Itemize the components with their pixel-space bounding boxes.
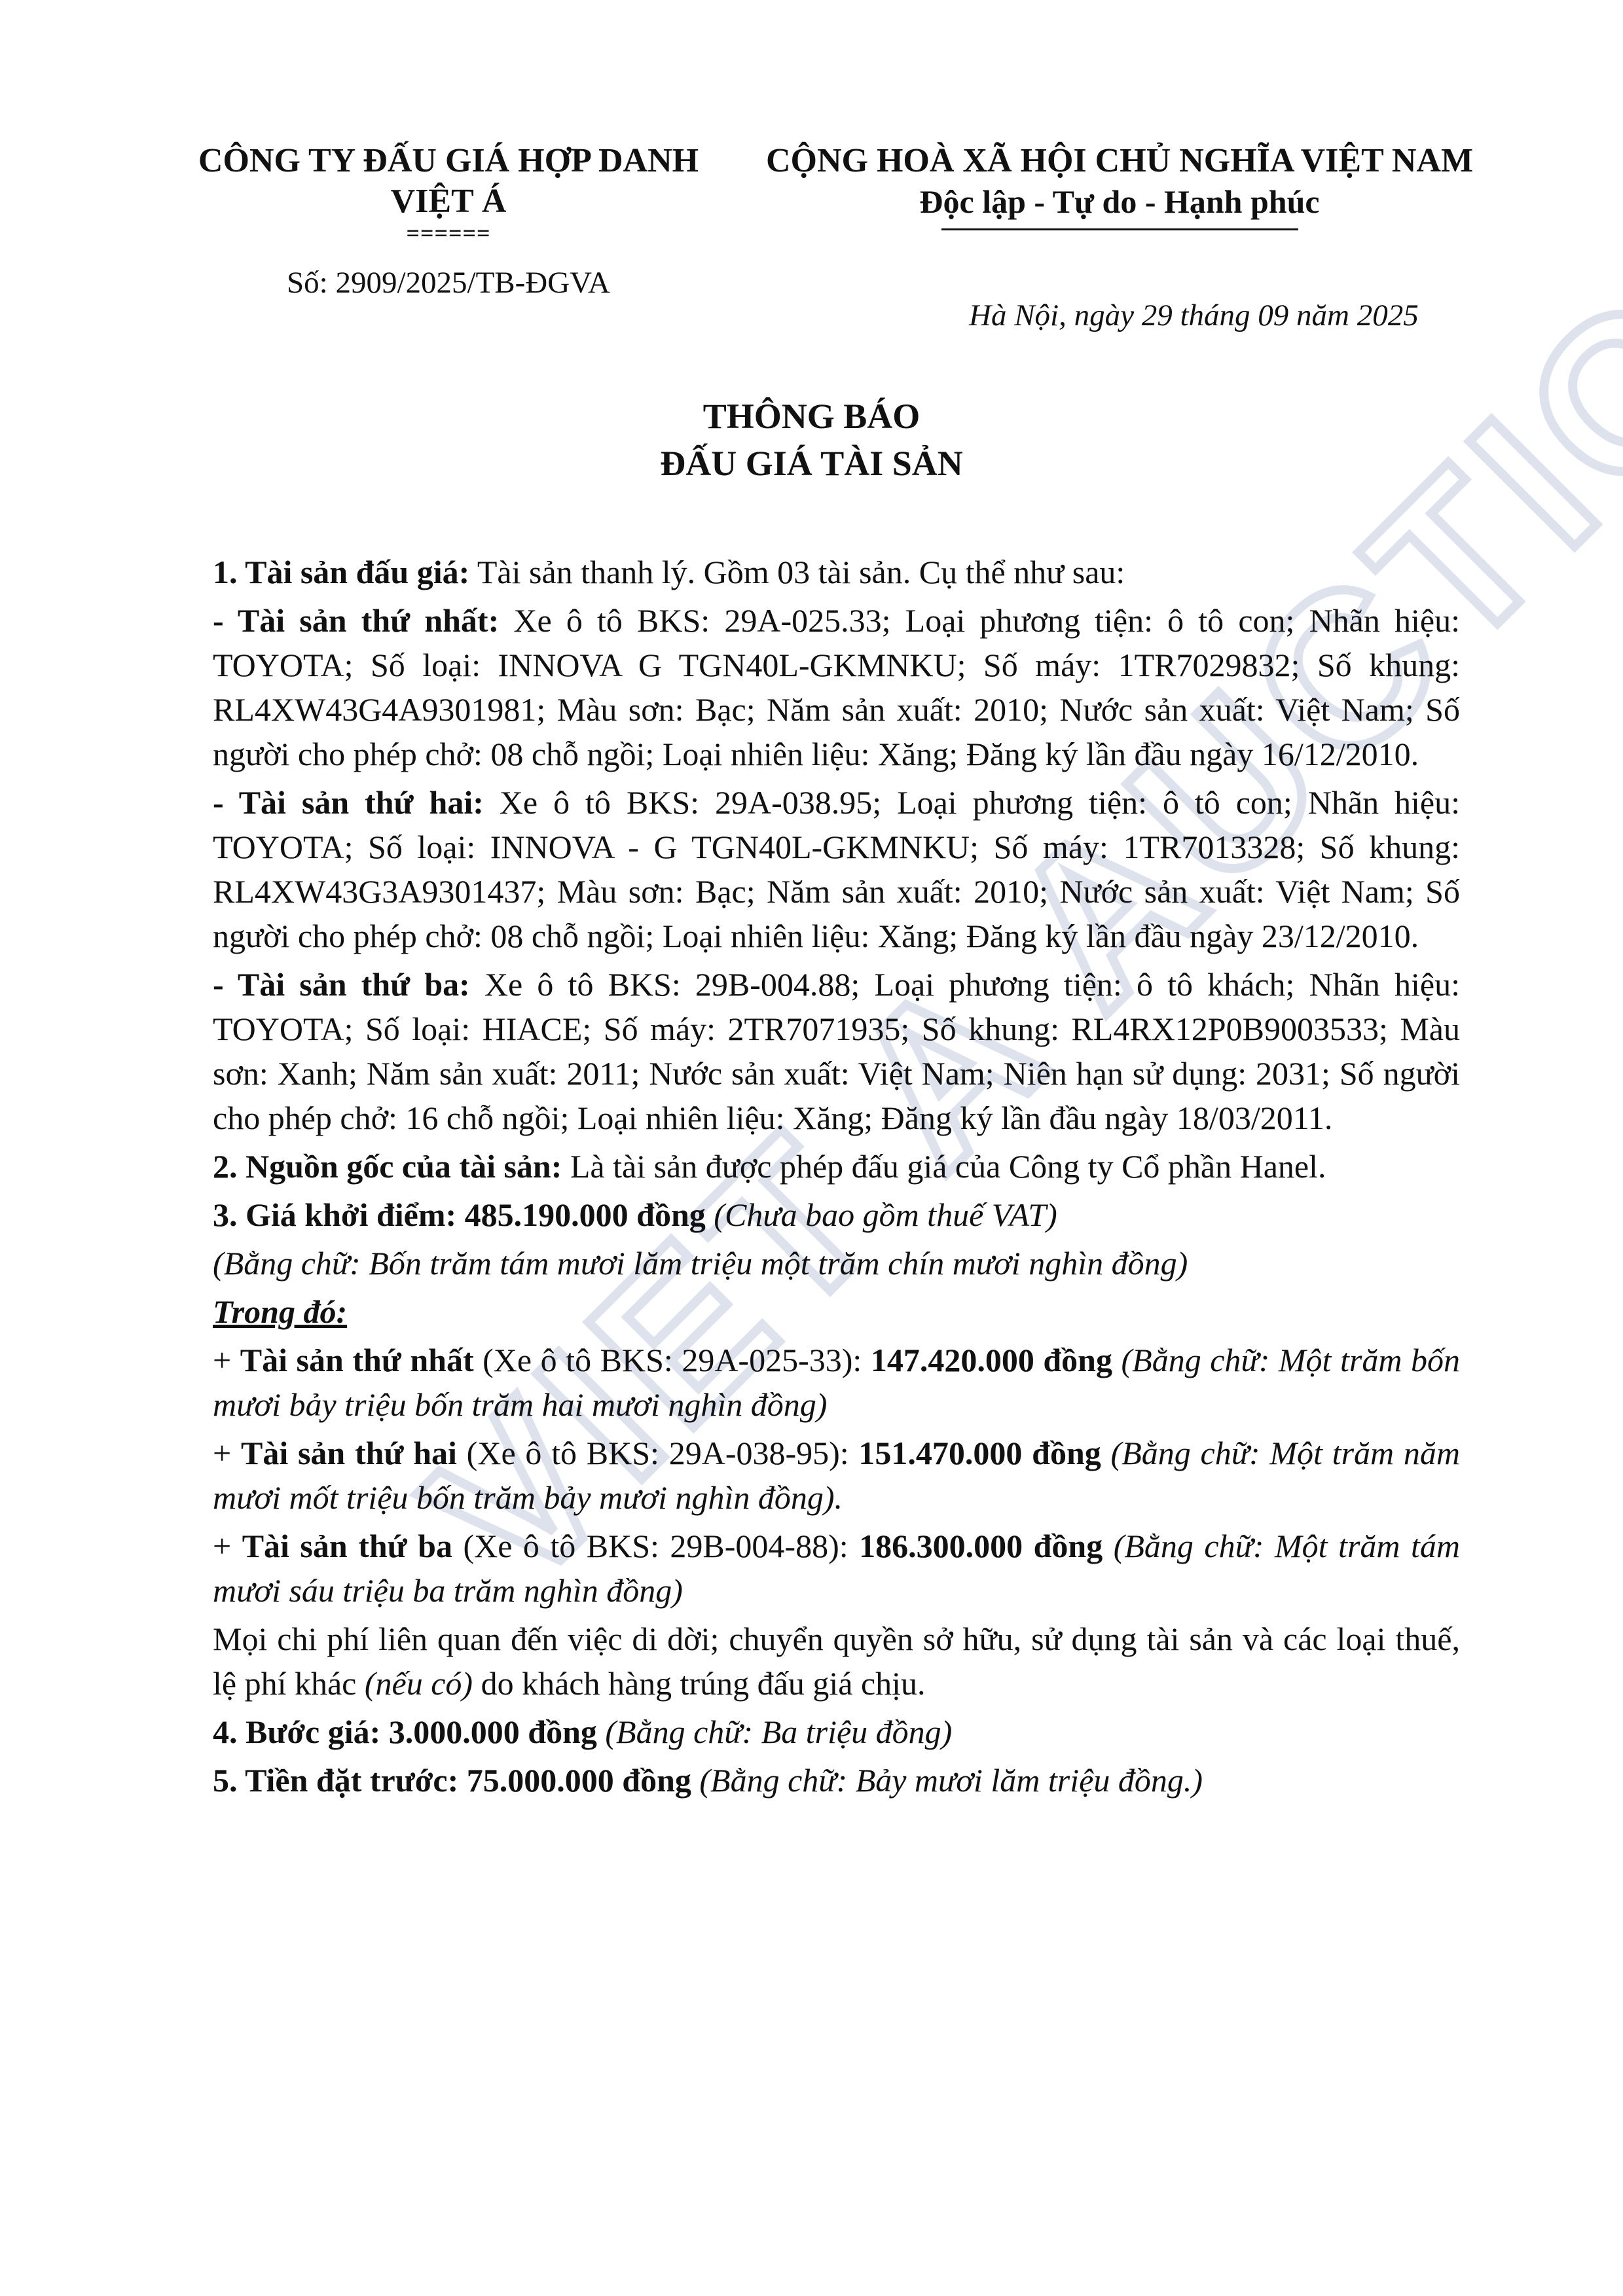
nation-name: CỘNG HOÀ XÃ HỘI CHỦ NGHĨA VIỆT NAM — [727, 141, 1512, 181]
asset-2: - Tài sản thứ hai: Xe ô tô BKS: 29A-038.… — [213, 780, 1460, 958]
document-title: THÔNG BÁO ĐẤU GIÁ TÀI SẢN — [0, 393, 1623, 487]
company-name-line1: CÔNG TY ĐẤU GIÁ HỢP DANH — [170, 141, 727, 181]
breakdown-amount: 151.470.000 đồng — [858, 1435, 1101, 1471]
asset-3-label: - Tài sản thứ ba: — [213, 966, 470, 1003]
national-header-block: CỘNG HOÀ XÃ HỘI CHỦ NGHĨA VIỆT NAM Độc l… — [727, 141, 1512, 230]
starting-price-note: (Chưa bao gồm thuế VAT) — [706, 1196, 1057, 1233]
place-date-line: Hà Nội, ngày 29 tháng 09 năm 2025 — [969, 298, 1419, 333]
breakdown-prefix: + — [213, 1528, 242, 1564]
section-5: 5. Tiền đặt trước: 75.000.000 đồng (Bằng… — [213, 1758, 1460, 1803]
motto-underline — [941, 228, 1298, 230]
document-number: Số: 2909/2025/TB-ĐGVA — [170, 265, 727, 300]
section-3: 3. Giá khởi điểm: 485.190.000 đồng (Chưa… — [213, 1193, 1460, 1237]
fees-paragraph: Mọi chi phí liên quan đến việc di dời; c… — [213, 1617, 1460, 1706]
section-1-text: Tài sản thanh lý. Gồm 03 tài sản. Cụ thể… — [469, 554, 1125, 590]
section-1: 1. Tài sản đấu giá: Tài sản thanh lý. Gồ… — [213, 550, 1460, 594]
asset-3: - Tài sản thứ ba: Xe ô tô BKS: 29B-004.8… — [213, 962, 1460, 1140]
breakdown-plate: (Xe ô tô BKS: 29A-025-33): — [474, 1342, 871, 1378]
company-name-line2: VIỆT Á — [170, 181, 727, 222]
starting-price-words: (Bằng chữ: Bốn trăm tám mươi lăm triệu m… — [213, 1241, 1460, 1285]
title-line1: THÔNG BÁO — [0, 393, 1623, 440]
section-4: 4. Bước giá: 3.000.000 đồng (Bằng chữ: B… — [213, 1710, 1460, 1754]
bid-increment-words: (Bằng chữ: Ba triệu đồng) — [597, 1713, 952, 1750]
breakdown-name: Tài sản thứ hai — [241, 1435, 457, 1471]
breakdown-item-3: + Tài sản thứ ba (Xe ô tô BKS: 29B-004-8… — [213, 1524, 1460, 1613]
section-2-text: Là tài sản được phép đấu giá của Công ty… — [562, 1148, 1326, 1185]
asset-2-label: - Tài sản thứ hai: — [213, 784, 484, 821]
breakdown-item-2: + Tài sản thứ hai (Xe ô tô BKS: 29A-038-… — [213, 1431, 1460, 1520]
breakdown-name: Tài sản thứ ba — [242, 1528, 452, 1564]
section-2: 2. Nguồn gốc của tài sản: Là tài sản đượ… — [213, 1144, 1460, 1189]
bid-increment-label: 4. Bước giá: 3.000.000 đồng — [213, 1713, 597, 1750]
breakdown-amount: 186.300.000 đồng — [859, 1528, 1103, 1564]
header-separator: ====== — [170, 223, 727, 243]
starting-price-label: 3. Giá khởi điểm: 485.190.000 đồng — [213, 1196, 706, 1233]
issuer-block: CÔNG TY ĐẤU GIÁ HỢP DANH VIỆT Á ====== — [170, 141, 727, 243]
fees-text-2: do khách hàng trúng đấu giá chịu. — [473, 1665, 925, 1702]
breakdown-heading: Trong đó: — [213, 1289, 1460, 1334]
section-2-label: 2. Nguồn gốc của tài sản: — [213, 1148, 562, 1185]
fees-note: (nếu có) — [365, 1665, 473, 1702]
national-motto: Độc lập - Tự do - Hạnh phúc — [727, 181, 1512, 222]
deposit-label: 5. Tiền đặt trước: 75.000.000 đồng — [213, 1762, 691, 1799]
breakdown-plate: (Xe ô tô BKS: 29B-004-88): — [452, 1528, 859, 1564]
breakdown-item-1: + Tài sản thứ nhất (Xe ô tô BKS: 29A-025… — [213, 1338, 1460, 1427]
section-1-label: 1. Tài sản đấu giá: — [213, 554, 469, 590]
breakdown-plate: (Xe ô tô BKS: 29A-038-95): — [457, 1435, 859, 1471]
breakdown-prefix: + — [213, 1342, 240, 1378]
breakdown-prefix: + — [213, 1435, 241, 1471]
deposit-words: (Bằng chữ: Bảy mươi lăm triệu đồng.) — [691, 1762, 1203, 1799]
asset-1-label: - Tài sản thứ nhất: — [213, 602, 499, 639]
breakdown-label: Trong đó: — [213, 1293, 347, 1330]
breakdown-name: Tài sản thứ nhất — [240, 1342, 474, 1378]
asset-1: - Tài sản thứ nhất: Xe ô tô BKS: 29A-025… — [213, 598, 1460, 776]
document-body: 1. Tài sản đấu giá: Tài sản thanh lý. Gồ… — [213, 550, 1460, 1806]
breakdown-amount: 147.420.000 đồng — [871, 1342, 1112, 1378]
title-line2: ĐẤU GIÁ TÀI SẢN — [0, 440, 1623, 487]
